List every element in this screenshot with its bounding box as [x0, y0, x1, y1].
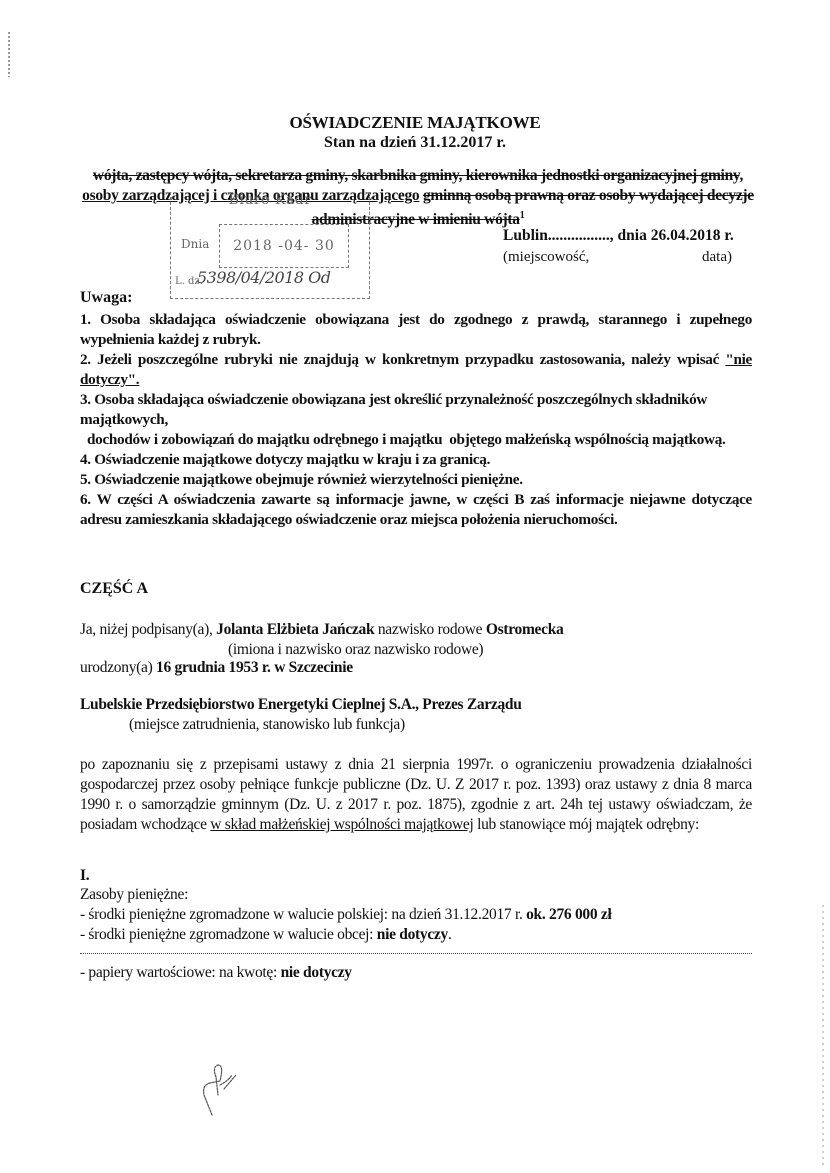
place-date-caption: (miejscowość, data): [503, 249, 743, 266]
foreign-funds-label: - środki pieniężne zgromadzone w walucie…: [80, 926, 377, 943]
stamp-ref-number: 5398/04/2018 Od: [197, 268, 331, 287]
caption-date: data): [702, 249, 732, 266]
notes-list: 1. Osoba składająca oświadczenie obowiąz…: [80, 310, 752, 530]
struck-roles: wójta, zastępcy wójta, sekretarza gminy,…: [93, 167, 740, 184]
note-item: 2. Jeżeli poszczególne rubryki nie znajd…: [80, 350, 752, 390]
part-a-heading: CZĘŚĆ A: [80, 580, 148, 598]
section-numeral: I.: [80, 866, 752, 886]
stamp-title: Biuro Kadr: [171, 192, 369, 208]
employment-caption: (miejsce zatrudnienia, stanowisko lub fu…: [129, 715, 405, 735]
document-title: OŚWIADCZENIE MAJĄTKOWE: [0, 113, 830, 133]
note-item: 1. Osoba składająca oświadczenie obowiąz…: [80, 310, 752, 350]
footnote-marker: 1: [520, 210, 525, 221]
note-item: 4. Oświadczenie majątkowe dotyczy majątk…: [80, 450, 752, 470]
birth-prefix: urodzony(a): [80, 659, 156, 676]
pln-funds-line: - środki pieniężne zgromadzone w walucie…: [80, 905, 752, 925]
maiden-name: Ostromecka: [486, 621, 564, 638]
punctuation: .: [448, 926, 452, 943]
foreign-funds-line: - środki pieniężne zgromadzone w walucie…: [80, 925, 752, 945]
note-text: 2. Jeżeli poszczególne rubryki nie znajd…: [80, 351, 719, 368]
signature-initials-icon: [190, 1055, 250, 1125]
note-item: 5. Oświadczenie majątkowe obejmuje równi…: [80, 470, 752, 490]
note-item: dochodów i zobowiązań do majątku odrębne…: [80, 430, 752, 450]
birth-line: urodzony(a) 16 grudnia 1953 r. w Szczeci…: [80, 658, 752, 678]
scan-margin-mark: [8, 32, 10, 77]
statement-text: lub stanowiące mój majątek odrębny:: [474, 816, 700, 833]
securities-line: - papiery wartościowe: na kwotę: nie dot…: [80, 963, 752, 983]
stamp-date-label: Dnia: [181, 237, 209, 251]
notes-heading: Uwaga:: [80, 289, 132, 307]
note-item: 3. Osoba składająca oświadczenie obowiąz…: [80, 390, 752, 430]
scan-margin-mark: [822, 905, 824, 1165]
declarant-line: Ja, niżej podpisany(a), Jolanta Elżbieta…: [80, 620, 752, 640]
stamp-date: 2018 -04- 30: [219, 224, 349, 268]
section-heading: Zasoby pieniężne:: [80, 885, 752, 905]
caption-place: (miejscowość,: [503, 249, 589, 265]
securities-value: nie dotyczy: [281, 964, 352, 981]
note-item: 6. W części A oświadczenia zawarte są in…: [80, 490, 752, 530]
maiden-label: nazwisko rodowe: [374, 621, 486, 638]
declarant-name: Jolanta Elżbieta Jańczak: [216, 621, 374, 638]
pln-funds-label: - środki pieniężne zgromadzone w walucie…: [80, 906, 526, 923]
statement-emphasis: w skład małżeńskiej wspólności majątkowe…: [210, 816, 473, 833]
declarant-caption: (imiona i nazwisko oraz nazwisko rodowe): [228, 640, 483, 660]
employment-value: Lubelskie Przedsiębiorstwo Energetyki Ci…: [80, 695, 752, 715]
statement-paragraph: po zapoznaniu się z przepisami ustawy z …: [80, 755, 752, 835]
foreign-funds-value: nie dotyczy: [377, 926, 448, 943]
separator: ,: [739, 167, 743, 184]
dotted-separator: [80, 953, 752, 954]
place-and-date: Lublin................, dnia 26.04.2018 …: [503, 227, 734, 245]
securities-label: - papiery wartościowe: na kwotę:: [80, 964, 281, 981]
declarant-prefix: Ja, niżej podpisany(a),: [80, 621, 216, 638]
document-subtitle: Stan na dzień 31.12.2017 r.: [0, 133, 830, 153]
pln-funds-value: ok. 276 000 zł: [526, 906, 611, 923]
received-stamp: Biuro Kadr Dnia 2018 -04- 30 L. dz. 5398…: [170, 192, 370, 299]
birth-value: 16 grudnia 1953 r. w Szczecinie: [156, 659, 353, 676]
